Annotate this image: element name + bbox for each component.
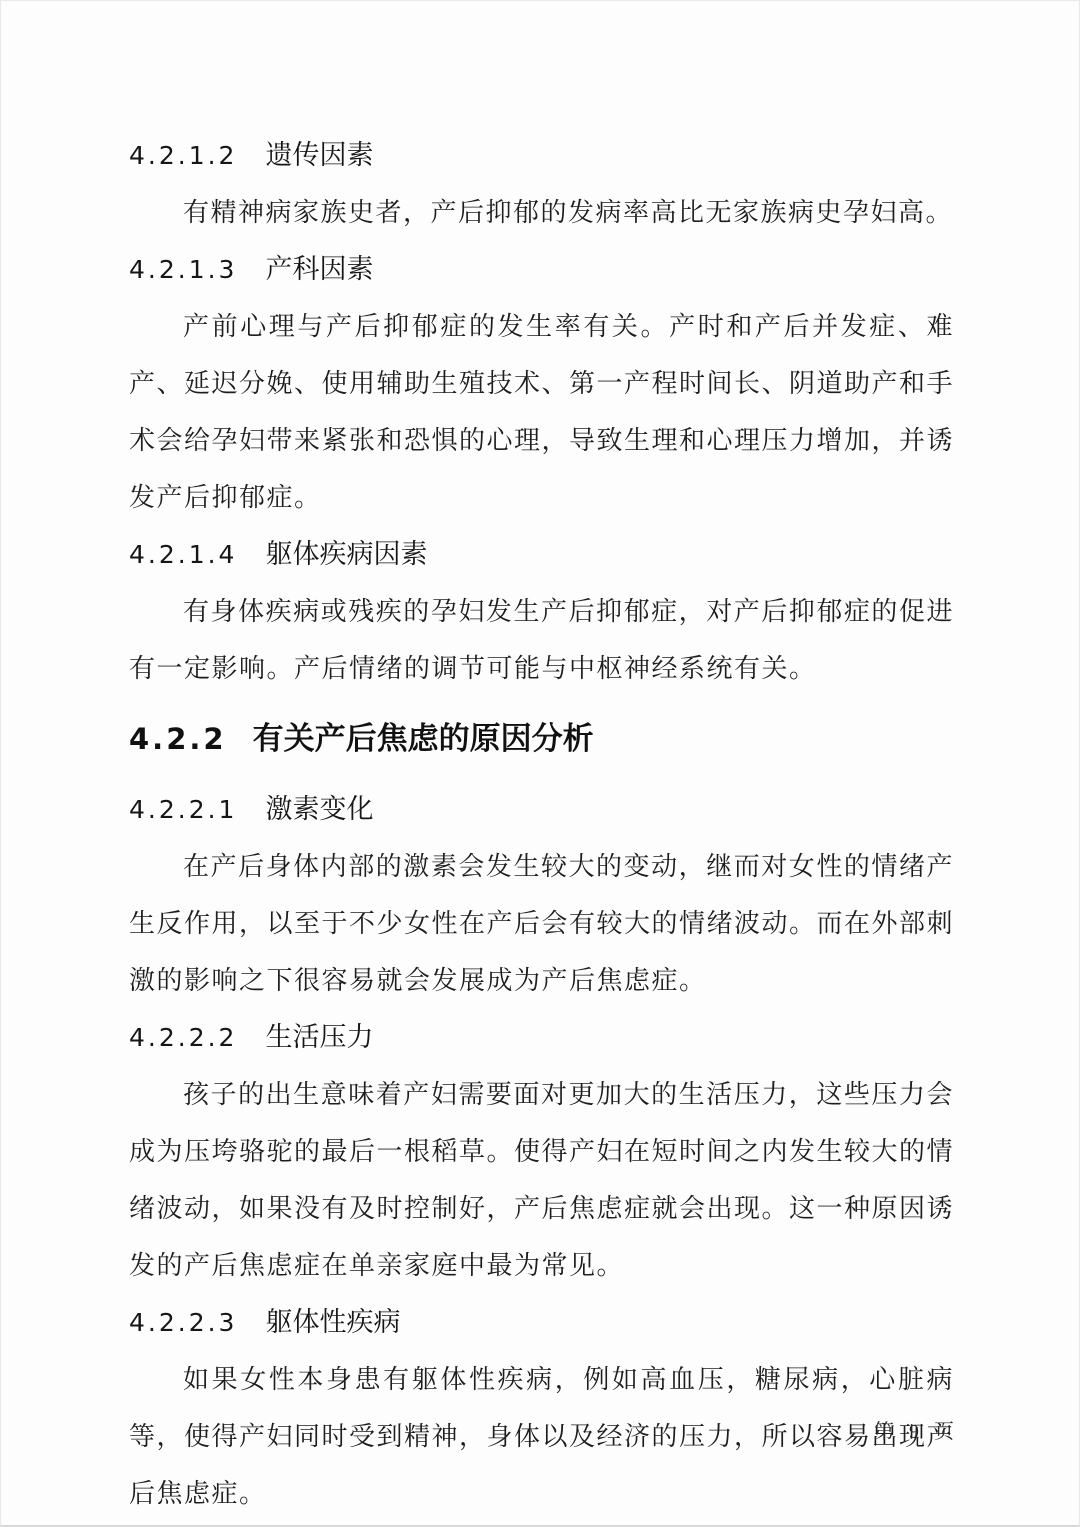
heading-4-2-1-2: 4.2.1.2遗传因素 (129, 127, 954, 184)
para-hormone-changes: 在产后身体内部的激素会发生较大的变动，继而对女性的情绪产生反作用，以至于不少女性… (129, 838, 954, 1009)
section-title: 躯体性疾病 (265, 1307, 400, 1337)
section-number: 4.2.2 (129, 722, 227, 756)
heading-4-2-2: 4.2.2有关产后焦虑的原因分析 (129, 710, 954, 768)
section-number: 4.2.1.3 (129, 255, 237, 284)
heading-4-2-2-2: 4.2.2.2生活压力 (129, 1009, 954, 1066)
section-title: 产科因素 (265, 254, 373, 284)
heading-4-2-2-3: 4.2.2.3躯体性疾病 (129, 1294, 954, 1351)
section-number: 4.2.2.2 (129, 1023, 237, 1052)
para-physical-illness-factors: 有身体疾病或残疾的孕妇发生产后抑郁症，对产后抑郁症的促进有一定影响。产后情绪的调… (129, 583, 954, 697)
document-page: 4.2.1.2遗传因素 有精神病家族史者，产后抑郁的发病率高比无家族病史孕妇高。… (0, 0, 1080, 1527)
section-number: 4.2.2.3 (129, 1308, 237, 1337)
section-title: 生活压力 (265, 1022, 373, 1052)
page-number: 第 9 页 (874, 1415, 959, 1444)
heading-4-2-1-3: 4.2.1.3产科因素 (129, 241, 954, 298)
para-genetic-factors: 有精神病家族史者，产后抑郁的发病率高比无家族病史孕妇高。 (129, 184, 954, 241)
section-title: 有关产后焦虑的原因分析 (253, 721, 594, 756)
section-number: 4.2.1.4 (129, 540, 237, 569)
heading-4-2-1-4: 4.2.1.4躯体疾病因素 (129, 526, 954, 583)
section-number: 4.2.1.2 (129, 141, 237, 170)
heading-4-2-2-1: 4.2.2.1激素变化 (129, 781, 954, 838)
para-somatic-disease: 如果女性本身患有躯体性疾病，例如高血压，糖尿病，心脏病等，使得产妇同时受到精神，… (129, 1351, 954, 1522)
section-title: 激素变化 (265, 794, 373, 824)
section-title: 遗传因素 (265, 140, 373, 170)
para-obstetric-factors: 产前心理与产后抑郁症的发生率有关。产时和产后并发症、难产、延迟分娩、使用辅助生殖… (129, 298, 954, 526)
section-number: 4.2.2.1 (129, 795, 237, 824)
para-life-stress: 孩子的出生意味着产妇需要面对更加大的生活压力，这些压力会成为压垮骆驼的最后一根稻… (129, 1066, 954, 1294)
section-title: 躯体疾病因素 (265, 539, 427, 569)
